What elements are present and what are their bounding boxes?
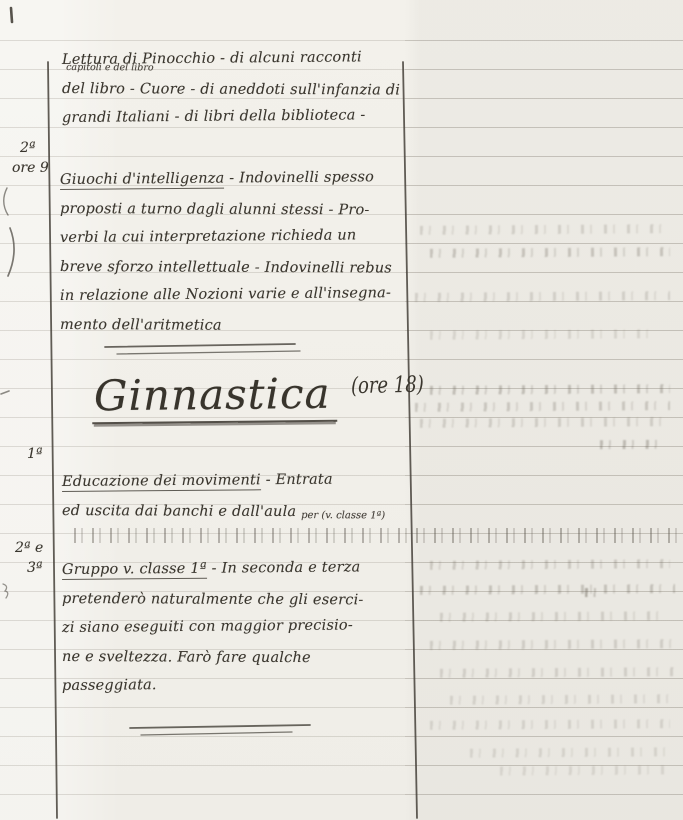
entry-gruppo: Gruppo v. classe 1ª - In seconda e terza…: [62, 556, 412, 701]
margin-note-class2-num: 2ª: [20, 138, 49, 158]
scanned-notebook-page: { "document": { "kind": "Handwritten sch…: [0, 0, 683, 820]
entry-giuochi: Giuochi d'intelligenza - Indovinelli spe…: [60, 166, 410, 340]
entry-giuochi-line1: Giuochi d'intelligenza - Indovinelli spe…: [60, 163, 410, 195]
entry-educazione-line1: Educazione dei movimenti - Entrata: [62, 465, 412, 497]
margin-note-class2-3: 2ª e 3ª: [15, 538, 43, 578]
margin-note-class1: 1ª: [27, 444, 43, 464]
entry-gruppo-line1: Gruppo v. classe 1ª - In seconda e terza: [62, 553, 412, 585]
heading-hour-note: (ore 18): [350, 372, 423, 400]
margin-note-class2: 2ª ore 9: [20, 138, 49, 178]
heading-title: Ginnastica: [92, 369, 337, 425]
entry-giuochi-line5: in relazione alle Nozioni varie e all'in…: [60, 279, 410, 311]
entry-educazione-class-ref: per (v. classe 1ª): [301, 510, 385, 521]
entry-educazione-line2: ed uscita dai banchi e dall'aula per (v.…: [62, 497, 412, 531]
entry-lettura: Lettura di Pinocchio - di alcuni raccont…: [62, 46, 407, 133]
entry-giuochi-lead: Giuochi d'intelligenza: [60, 171, 225, 190]
margin-note-class2-hour: ore 9: [12, 158, 49, 178]
entry-educazione-lead: Educazione dei movimenti: [62, 472, 261, 492]
entry-giuochi-line6: mento dell'aritmetica: [60, 311, 410, 342]
entry-lettura-line3: grandi Italiani - di libri della bibliot…: [62, 101, 407, 133]
margin-note-class2-3-b: 3ª: [27, 558, 43, 578]
entry-educazione: Educazione dei movimenti - Entrata ed us…: [62, 468, 412, 529]
margin-note-class2-3-a: 2ª e: [15, 538, 43, 558]
section-heading-ginnastica: Ginnastica(ore 18): [92, 370, 423, 423]
entry-gruppo-line5: passeggiata.: [62, 669, 412, 701]
entry-gruppo-lead: Gruppo v. classe 1ª: [62, 561, 207, 580]
entry-giuochi-line3: verbi la cui interpretazione richieda un: [60, 221, 410, 253]
entry-gruppo-line3: zi siano eseguiti con maggior precisio-: [62, 611, 412, 643]
interlinear-insertion: capitoli e del libro: [66, 63, 154, 73]
